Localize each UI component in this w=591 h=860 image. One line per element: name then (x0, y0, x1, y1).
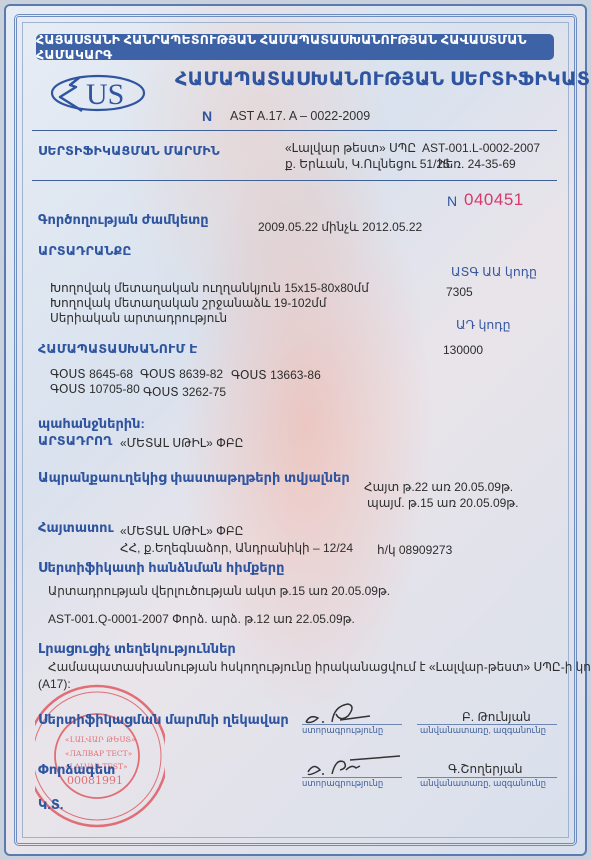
basis-line: AST-001.Q-0001-2007 Փորձ. արձ. թ.12 առ 2… (48, 612, 355, 626)
name-caption: անվանատառը, ազգանունը (420, 778, 546, 789)
product-line: Խողովակ մետաղական շրջանաձև 19-102մմ (50, 296, 326, 310)
head-label: Սերտիֆիկացման մարմնի ղեկավար (38, 712, 289, 728)
certification-body-phone: հեռ. 24-35-69 (438, 157, 516, 171)
product-line: Սերիական արտադրություն (50, 311, 227, 325)
standard: ԳՕՍՏ 8639-82 (140, 367, 223, 381)
conformity-label: ՀԱՄԱՊԱՏԱՍԽԱՆՈՒՄ Է (38, 341, 197, 356)
expert-name: Գ.Շողերյան (448, 762, 522, 776)
manufacturer-name: «ՄԵՏԱԼ ՍԹԻԼ» ՓԲԸ (120, 436, 243, 450)
documents-label: Ապրանքաուղեկից փաստաթղթերի տվյալներ (38, 470, 350, 486)
applicant-label: Հայտատու (38, 520, 114, 536)
expert-label: Փորձագետ (38, 762, 115, 778)
basis-label: Սերտիֆիկատի հանձնման հիմքերը (38, 560, 284, 576)
documents-line: Հայտ թ.22 առ 20.05.09թ. (364, 480, 513, 494)
system-banner: ՀԱՅԱՍՏԱՆԻ ՀԱՆՐԱՊԵՏՈՒԹՅԱՆ ՀԱՄԱՊԱՏԱՍԽԱՆՈՒԹ… (36, 34, 554, 60)
applicant-tax-id: հ/կ 08909273 (377, 543, 452, 557)
product-line: Խողովակ մետաղական ուղղանկյուն 15x15-80x8… (50, 281, 369, 295)
additional-info-text: Համապատասխանության հսկողությունը իրականա… (48, 660, 591, 674)
seal-label: Կ.Տ. (38, 797, 64, 813)
name-caption: անվանատառը, ազգանունը (420, 725, 546, 736)
svg-text:US: US (86, 78, 124, 111)
serial-number: 040451 (464, 190, 524, 210)
divider (32, 180, 557, 181)
standard: ԳՕՍՏ 10705-80 (50, 382, 140, 396)
head-name: Բ. Թունյան (462, 710, 531, 724)
standard: ԳՕՍՏ 8645-68 (50, 367, 133, 381)
divider (32, 130, 557, 131)
additional-info-text2: (A17): (38, 677, 71, 691)
requirements-label: պահանջներին: (38, 416, 145, 432)
manufacturer-label: ԱՐՏԱԴՐՈՂ (38, 433, 112, 448)
signature-caption: ստորագրությունը (302, 778, 383, 789)
serial-number-label: N (447, 193, 457, 209)
signature-caption: ստորագրությունը (302, 725, 383, 736)
certificate-number: AST A.17. A – 0022-2009 (230, 109, 370, 123)
certificate-title: ՀԱՄԱՊԱՏԱՍԽԱՆՈՒԹՅԱՆ ՍԵՐՏԻՖԻԿԱՏ (175, 68, 590, 91)
product-code1-value: 7305 (446, 285, 473, 299)
validity-period: 2009.05.22 մինչև 2012.05.22 (258, 220, 422, 234)
standard: ԳՕՍՏ 13663-86 (231, 368, 321, 382)
certification-body-registration: AST-001.L-0002-2007 (422, 141, 540, 155)
product-code2-value: 130000 (443, 343, 483, 357)
product-code2-label: ԱԴ կոդը (456, 317, 511, 332)
applicant-address: ՀՀ, ք.Եղեգնաձոր, Անդրանիկի – 12/24 (120, 541, 353, 555)
standard: ԳՕՍՏ 3262-75 (143, 385, 226, 399)
validity-label: Գործողության ժամկետը (38, 212, 209, 228)
certification-body-name: «Լալվար թեստ» ՍՊԸ (285, 141, 416, 155)
certification-body-label: ՍԵՐՏԻՖԻԿԱՑՄԱՆ ՄԱՐՄԻՆ (38, 143, 220, 158)
product-label: ԱՐՏԱԴՐԱՆՔԸ (38, 243, 132, 258)
us-logo-icon: US (50, 73, 146, 113)
product-code1-label: ԱՏԳ ԱԱ կոդը (451, 264, 537, 279)
documents-line: պայմ. թ.15 առ 20.05.09թ. (367, 496, 519, 510)
basis-line: Արտադրության վերլուծության ակտ թ.15 առ 2… (48, 584, 390, 598)
certificate-number-label: N (202, 108, 212, 124)
additional-info-label: Լրացուցիչ տեղեկություններ (38, 641, 236, 657)
applicant-name: «ՄԵՏԱԼ ՍԹԻԼ» ՓԲԸ (120, 524, 243, 538)
certification-body-address: ք. Երևան, Կ.Ուլնեցու 51/25 (285, 157, 450, 171)
